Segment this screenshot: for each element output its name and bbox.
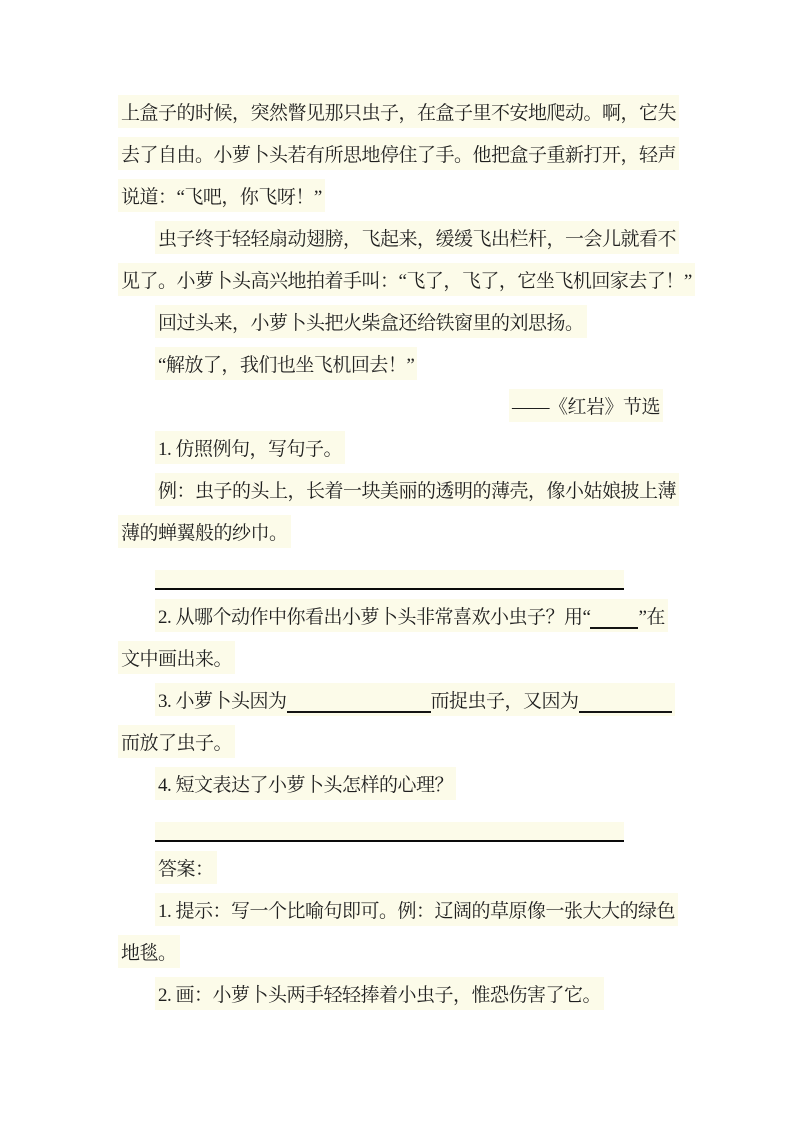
- answer-text: 1. 提示：写一个比喻句即可。例：辽阔的草原像一张大大的绿色: [155, 893, 678, 926]
- answer-blank-line: [155, 570, 624, 590]
- question-1-example-line-1: 例：虫子的头上，长着一块美丽的透明的薄壳，像小姑娘披上薄: [118, 468, 675, 510]
- question-4-line: 4. 短文表达了小萝卜头怎样的心理？: [118, 762, 675, 804]
- example-text: 薄的蝉翼般的纱巾。: [118, 515, 291, 548]
- question-text: ”在: [638, 607, 664, 628]
- question-3-line-2: 而放了虫子。: [118, 720, 675, 762]
- question-text: 而放了虫子。: [118, 725, 235, 758]
- attribution-line: ——《红岩》节选: [118, 384, 675, 426]
- passage-line-4: 虫子终于轻轻扇动翅膀，飞起来，缓缓飞出栏杆，一会儿就看不: [118, 216, 675, 258]
- passage-text: 上盒子的时候，突然瞥见那只虫子，在盒子里不安地爬动。啊，它失: [118, 95, 679, 128]
- question-text: 而捉虫子，又因为: [431, 686, 579, 713]
- passage-text: 说道：“飞吧，你飞呀！”: [118, 179, 325, 212]
- passage-line-2: 去了自由。小萝卜头若有所思地停住了手。他把盒子重新打开，轻声: [118, 132, 675, 174]
- question-text: 1. 仿照例句，写句子。: [155, 431, 345, 464]
- passage-text: 虫子终于轻轻扇动翅膀，飞起来，缓缓飞出栏杆，一会儿就看不: [155, 221, 679, 254]
- passage-text: 见了。小萝卜头高兴地拍着手叫：“飞了，飞了，它坐飞机回家去了！”: [118, 263, 695, 296]
- answer-blank-row-1: [118, 552, 675, 594]
- source-attribution: ——《红岩》节选: [509, 389, 663, 422]
- answer-1-line-2: 地毯。: [118, 930, 675, 972]
- answer-text: 地毯。: [118, 935, 180, 968]
- passage-text: 回过头来，小萝卜头把火柴盒还给铁窗里的刘思扬。: [155, 305, 587, 338]
- document-page: 上盒子的时候，突然瞥见那只虫子，在盒子里不安地爬动。啊，它失 去了自由。小萝卜头…: [0, 0, 793, 1122]
- question-text: 文中画出来。: [118, 641, 235, 674]
- answer-text: 2. 画：小萝卜头两手轻轻捧着小虫子，惟恐伤害了它。: [155, 977, 604, 1010]
- answers-heading-line: 答案：: [118, 846, 675, 888]
- passage-text: “解放了，我们也坐飞机回去！”: [155, 347, 417, 380]
- question-2-line-1: 2. 从哪个动作中你看出小萝卜头非常喜欢小虫子？用“”在: [118, 594, 675, 636]
- question-1-example-line-2: 薄的蝉翼般的纱巾。: [118, 510, 675, 552]
- question-1-line: 1. 仿照例句，写句子。: [118, 426, 675, 468]
- question-segment: 2. 从哪个动作中你看出小萝卜头非常喜欢小虫子？用“”在: [155, 599, 668, 632]
- passage-line-1: 上盒子的时候，突然瞥见那只虫子，在盒子里不安地爬动。啊，它失: [118, 90, 675, 132]
- passage-text: 去了自由。小萝卜头若有所思地停住了手。他把盒子重新打开，轻声: [118, 137, 679, 170]
- answer-blank-line: [155, 822, 624, 842]
- answer-2-line: 2. 画：小萝卜头两手轻轻捧着小虫子，惟恐伤害了它。: [118, 972, 675, 1014]
- question-text: 2. 从哪个动作中你看出小萝卜头非常喜欢小虫子？用“: [158, 607, 590, 628]
- passage-line-3: 说道：“飞吧，你飞呀！”: [118, 174, 675, 216]
- passage-line-7: “解放了，我们也坐飞机回去！”: [118, 342, 675, 384]
- question-segment: 3. 小萝卜头因为而捉虫子，又因为: [155, 683, 675, 716]
- question-text: 4. 短文表达了小萝卜头怎样的心理？: [155, 767, 456, 800]
- question-text: 3. 小萝卜头因为: [158, 686, 287, 713]
- question-3-line-1: 3. 小萝卜头因为而捉虫子，又因为: [118, 678, 675, 720]
- inline-blank: [579, 693, 672, 713]
- inline-blank: [590, 609, 638, 629]
- inline-blank: [287, 693, 431, 713]
- example-text: 例：虫子的头上，长着一块美丽的透明的薄壳，像小姑娘披上薄: [155, 473, 679, 506]
- passage-line-5: 见了。小萝卜头高兴地拍着手叫：“飞了，飞了，它坐飞机回家去了！”: [118, 258, 675, 300]
- passage-line-6: 回过头来，小萝卜头把火柴盒还给铁窗里的刘思扬。: [118, 300, 675, 342]
- answers-heading: 答案：: [155, 851, 217, 884]
- answer-1-line-1: 1. 提示：写一个比喻句即可。例：辽阔的草原像一张大大的绿色: [118, 888, 675, 930]
- answer-blank-row-2: [118, 804, 675, 846]
- question-2-line-2: 文中画出来。: [118, 636, 675, 678]
